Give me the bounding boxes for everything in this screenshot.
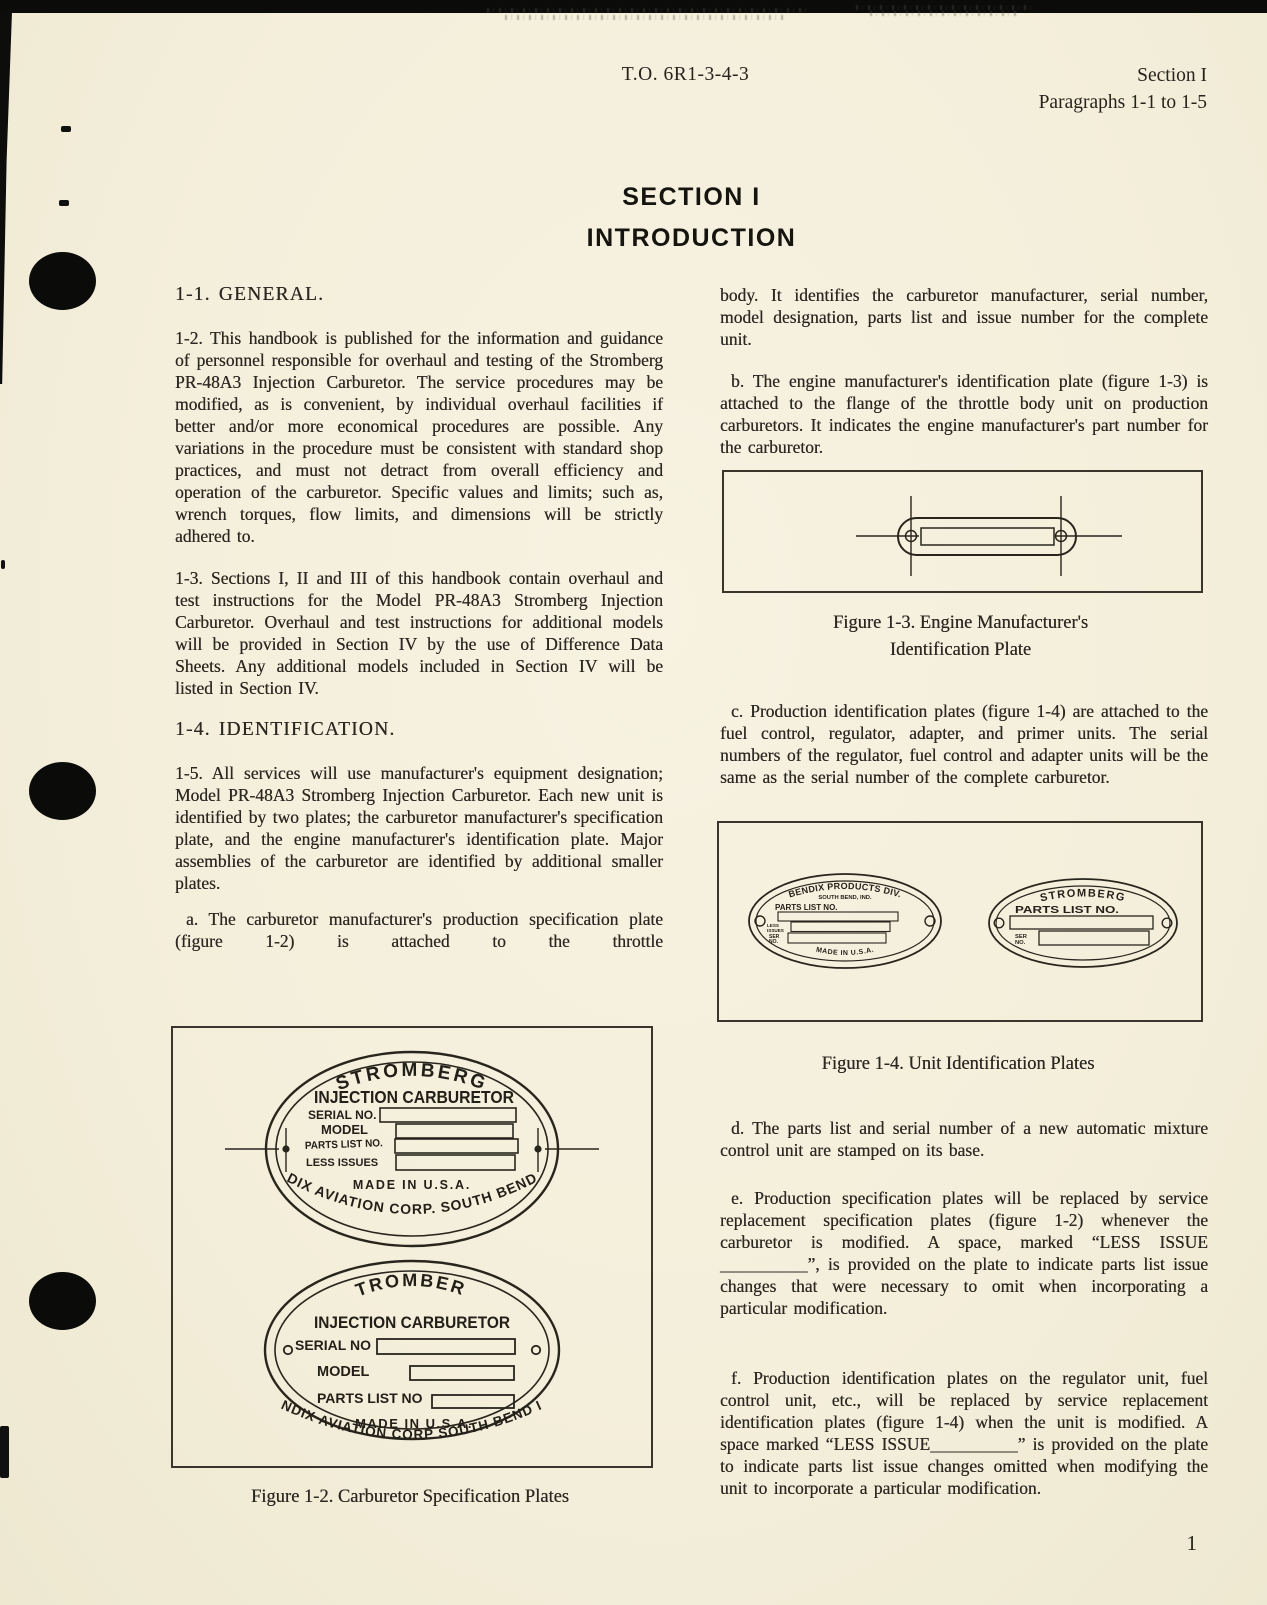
plate-title: INJECTION CARBURETOR (314, 1313, 510, 1332)
figure-1-3-frame (722, 470, 1203, 593)
svg-text:MADE IN U.S.A.: MADE IN U.S.A. (815, 947, 874, 957)
plate-model-field (396, 1124, 513, 1138)
scan-edge-wedge (0, 12, 12, 384)
plate-mount-hole (534, 1145, 541, 1152)
scan-artifact (856, 5, 1034, 10)
figure-1-3-caption-line1: Figure 1-3. Engine Manufacturer's (720, 610, 1201, 637)
plate-parts-label: PARTS LIST NO. (1015, 905, 1119, 916)
right-column-top: body. It identifies the carburetor manuf… (720, 284, 1208, 458)
paragraph-c: c. Production identification plates (fig… (720, 700, 1208, 788)
stromberg-unit-id-plate: STROMBERG PARTS LIST NO. SER NO. (985, 877, 1181, 969)
engine-id-plate-drawing (724, 472, 1201, 591)
plate-crosshair-lines (225, 1128, 599, 1172)
plate-less-label2: ISSUES (767, 928, 784, 933)
punch-hole (29, 252, 96, 310)
scan-speck (61, 126, 71, 132)
paragraph-f: f. Production identification plates on t… (720, 1367, 1208, 1499)
punch-hole (29, 762, 96, 820)
right-column-f: f. Production identification plates on t… (720, 1367, 1208, 1499)
section-title: SECTION I (175, 183, 1208, 212)
heading-1-1-general: 1-1. GENERAL. (175, 284, 663, 306)
heading-1-4-identification: 1-4. IDENTIFICATION. (175, 719, 663, 741)
paragraph-e: e. Production specification plates will … (720, 1187, 1208, 1319)
left-column: 1-1. GENERAL. 1-2. This handbook is publ… (175, 284, 663, 952)
paragraph-1-5: 1-5. All services will use manufacturer'… (175, 762, 663, 894)
plate-city: SOUTH BEND, IND. (818, 895, 872, 901)
plate-parts-field (778, 912, 898, 921)
plate-brand-arc: STROMBERG (222, 1258, 469, 1300)
plate-ser-label2: NO. (769, 939, 779, 945)
figure-1-2-frame: STROMBERG INJECTION CARBURETOR SERIAL NO… (171, 1026, 653, 1468)
scan-speck (59, 200, 69, 206)
plate-mount-hole (284, 1346, 292, 1354)
scan-speck (1, 560, 5, 569)
header-reference: Section I Paragraphs 1-1 to 1-5 (1039, 62, 1207, 116)
right-column-e: e. Production specification plates will … (720, 1187, 1208, 1319)
punch-hole (29, 1272, 96, 1330)
paragraph-1-3: 1-3. Sections I, II and III of this hand… (175, 567, 663, 699)
carburetor-spec-plate-replacement: STROMBERG INJECTION CARBURETOR SERIAL NO… (222, 1258, 602, 1458)
plate-ser-field (1039, 931, 1149, 945)
paragraph-b: b. The engine manufacturer's identificat… (720, 370, 1208, 458)
plate-serial-field (377, 1339, 515, 1354)
svg-text:STROMBERG: STROMBERG (1039, 887, 1127, 904)
plate-serial-label: SERIAL NO (295, 1337, 371, 1353)
plate-model-field (410, 1366, 514, 1380)
figure-1-2-caption: Figure 1-2. Carburetor Specification Pla… (171, 1484, 649, 1511)
section-subtitle: INTRODUCTION (175, 224, 1208, 253)
figure-1-3-caption-line2: Identification Plate (720, 637, 1201, 664)
paragraph-1-2: 1-2. This handbook is published for the … (175, 327, 663, 547)
scan-speck (0, 1426, 9, 1478)
plate-serial-field (380, 1108, 516, 1122)
bendix-unit-id-plate: BENDIX PRODUCTS DIV. SOUTH BEND, IND. PA… (745, 871, 945, 971)
plate-mount-hole (282, 1145, 289, 1152)
plate-model-label: MODEL (321, 1122, 368, 1137)
manual-page: T.O. 6R1-3-4-3 Section I Paragraphs 1-1 … (0, 0, 1267, 1605)
header-paragraphs-ref: Paragraphs 1-1 to 1-5 (1039, 89, 1207, 116)
carburetor-spec-plate-production: STROMBERG INJECTION CARBURETOR SERIAL NO… (222, 1048, 602, 1252)
scan-artifact (487, 8, 809, 13)
plate-title: INJECTION CARBURETOR (314, 1087, 514, 1107)
paragraph-a: a. The carburetor manufacturer's product… (175, 908, 663, 952)
scan-artifact (505, 15, 785, 20)
plate-ser-field (788, 933, 886, 943)
figure-1-3-caption: Figure 1-3. Engine Manufacturer's Identi… (720, 610, 1201, 664)
paragraph-body-cont: body. It identifies the carburetor manuf… (720, 284, 1208, 350)
svg-text:STROMBERG: STROMBERG (222, 1258, 469, 1300)
page-number: 1 (1187, 1531, 1198, 1556)
figure-1-4-caption: Figure 1-4. Unit Identification Plates (717, 1051, 1199, 1078)
figure-1-4-frame: BENDIX PRODUCTS DIV. SOUTH BEND, IND. PA… (717, 821, 1203, 1022)
plate-model-label: MODEL (317, 1364, 370, 1380)
plate-parts-field (432, 1395, 514, 1408)
plate-ser-label2: NO. (1015, 940, 1026, 946)
paragraph-d: d. The parts list and serial number of a… (720, 1117, 1208, 1161)
plate-brand-arc: STROMBERG (1039, 887, 1127, 904)
plate-parts-label: PARTS LIST NO. (305, 1137, 383, 1152)
plate-parts-label: PARTS LIST NO. (775, 903, 838, 912)
plate-serial-label: SERIAL NO. (308, 1108, 376, 1122)
plate-less-field (791, 922, 890, 932)
plate-made-in: MADE IN U.S.A. (353, 1178, 471, 1192)
plate-less-field (396, 1155, 515, 1170)
plate-mount-hole (532, 1346, 540, 1354)
plate-parts-label: PARTS LIST NO (317, 1390, 423, 1406)
right-column-mid: c. Production identification plates (fig… (720, 700, 1208, 788)
plate-made-in: MADE IN U.S.A. (815, 947, 874, 957)
scan-artifact (870, 11, 1020, 16)
right-column-d: d. The parts list and serial number of a… (720, 1117, 1208, 1161)
plate-less-label: LESS ISSUES (306, 1157, 378, 1169)
plate-parts-field (395, 1139, 518, 1153)
header-section-ref: Section I (1039, 62, 1207, 89)
plate-parts-field (1010, 916, 1153, 929)
